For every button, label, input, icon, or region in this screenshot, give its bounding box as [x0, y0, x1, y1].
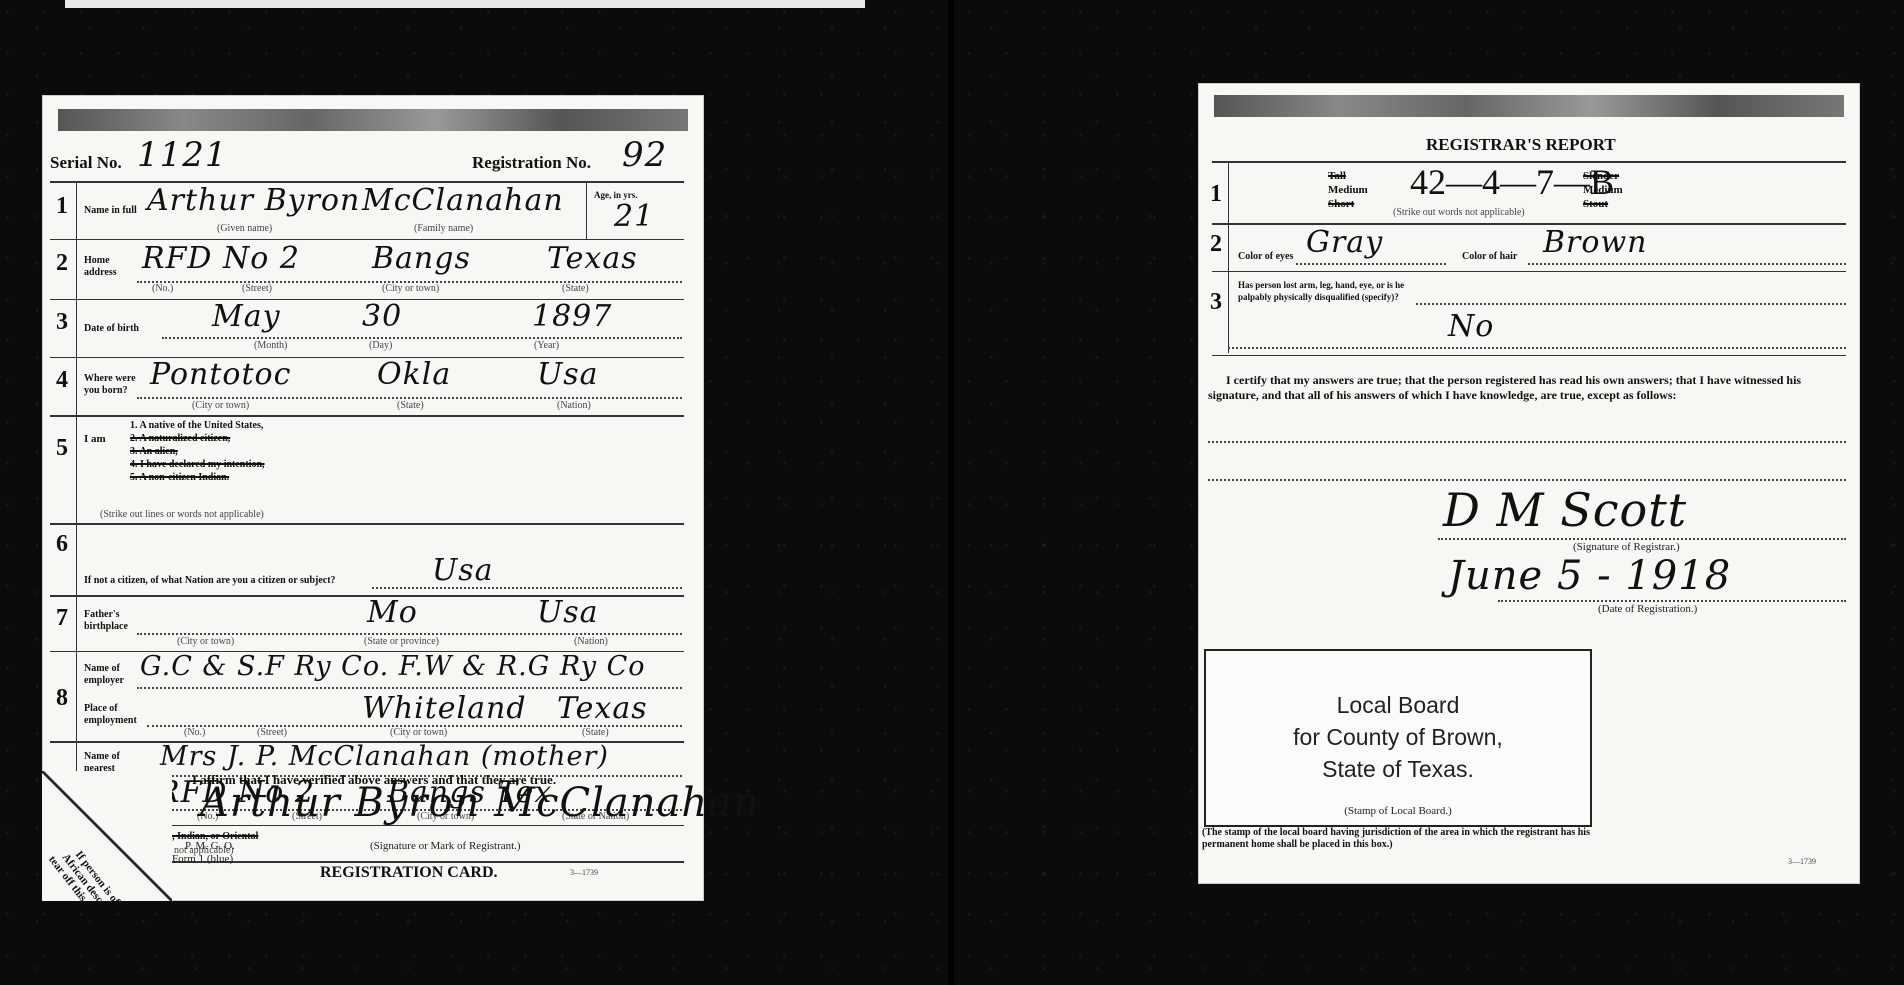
stamp-instructions: (The stamp of the local board having jur…: [1202, 827, 1592, 851]
birth-month-value: May: [212, 299, 281, 334]
home-no-value: RFD No 2: [142, 241, 300, 276]
local-board-stamp: Local Board for County of Brown, State o…: [1204, 649, 1592, 827]
birth-nation-value: Usa: [537, 357, 599, 392]
registration-number: 92: [622, 135, 667, 175]
option-item: 4. I have declared my intention,: [130, 458, 265, 471]
registrant-signature: Arthur Byron McClanahan: [200, 780, 760, 826]
option-item: 5. A non-citizen Indian.: [130, 471, 265, 484]
employer-value: G.C & S.F Ry Co. F.W & R.G Ry Co: [140, 651, 646, 682]
option-item: Slender: [1583, 169, 1623, 183]
card-header-band: [58, 109, 688, 131]
option-item: Stout: [1583, 197, 1623, 211]
name-label: Name in full: [84, 205, 137, 217]
certification-text: I certify that my answers are true; that…: [1208, 373, 1848, 403]
family-name-value: McClanahan: [362, 183, 564, 218]
birth-year-value: 1897: [532, 299, 612, 334]
option-item: Tall: [1328, 169, 1368, 183]
page-gutter: [948, 0, 954, 985]
home-state-value: Texas: [547, 241, 638, 276]
registrars-report-card: REGISTRAR'S REPORT 1 TallMediumShort 42—…: [1198, 83, 1860, 884]
citizenship-nation-value: Usa: [432, 553, 494, 588]
father-nation-value: Usa: [537, 595, 599, 630]
row-number: 1: [56, 193, 68, 220]
disqualification-value: No: [1448, 309, 1494, 344]
given-name-value: Arthur Byron: [147, 183, 360, 218]
registration-label: Registration No.: [472, 153, 591, 173]
father-state-value: Mo: [367, 595, 418, 630]
registrar-signature: D M Scott: [1443, 483, 1687, 537]
employment-state-value: Texas: [557, 691, 648, 726]
tear-off-corner: If person is of African descent, tear of…: [42, 771, 172, 901]
hair-color-value: Brown: [1543, 225, 1647, 260]
serial-label: Serial No.: [50, 153, 122, 173]
option-item: 2. A naturalized citizen,: [130, 432, 265, 445]
age-value: 21: [614, 199, 654, 234]
birth-city-value: Pontotoc: [150, 357, 291, 392]
registration-date: June 5 - 1918: [1448, 553, 1731, 599]
height-options: TallMediumShort: [1328, 169, 1368, 211]
birth-day-value: 30: [362, 299, 402, 334]
citizenship-options: 1. A native of the United States,2. A na…: [130, 419, 265, 484]
option-item: Medium: [1583, 183, 1623, 197]
card-header-band: [1214, 95, 1844, 117]
home-city-value: Bangs: [372, 241, 471, 276]
relative-name-value: Mrs J. P. McClanahan (mother): [160, 741, 609, 772]
serial-number: 1121: [137, 135, 228, 175]
registrars-report-title: REGISTRAR'S REPORT: [1426, 135, 1616, 155]
eye-color-value: Gray: [1306, 225, 1383, 260]
employment-city-value: Whiteland: [362, 691, 527, 726]
birth-state-value: Okla: [377, 357, 451, 392]
registration-card-title: REGISTRATION CARD.: [320, 864, 498, 882]
option-item: 1. A native of the United States,: [130, 419, 265, 432]
option-item: 3. An alien,: [130, 445, 265, 458]
option-item: Medium: [1328, 183, 1368, 197]
option-item: Short: [1328, 197, 1368, 211]
build-options: SlenderMediumStout: [1583, 169, 1623, 211]
scan-edge: [65, 0, 865, 8]
